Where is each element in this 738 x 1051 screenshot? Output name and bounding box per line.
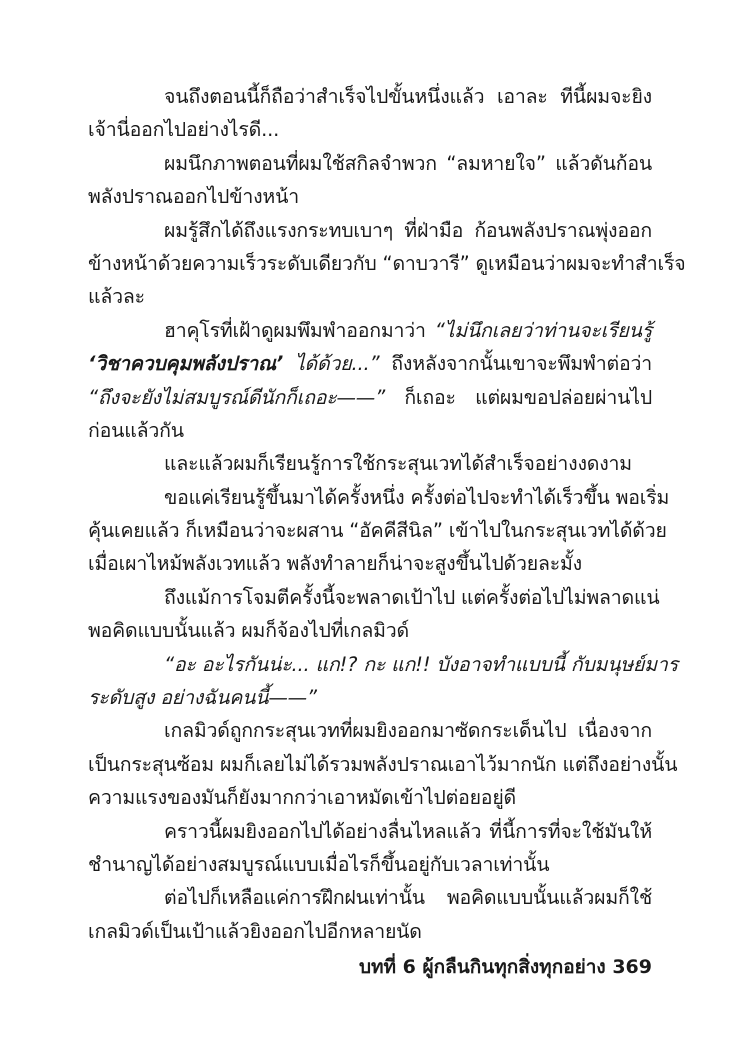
text-span: ฮาคุโรที่เฝ้าดูผมพึมพำออกมาว่า [164, 319, 435, 342]
text-span: ก่อนแล้วกัน [88, 419, 184, 442]
text-span: ถึงหลังจากนั้นเขาจะพึมพำต่อว่า [379, 352, 652, 375]
text-line: ถึงแม้การโจมตีครั้งนี้จะพลาดเป้าไป แต่คร… [88, 581, 652, 614]
text-span: ถึงแม้การโจมตีครั้งนี้จะพลาดเป้าไป แต่คร… [164, 586, 659, 609]
text-span: ก็เถอะ แต่ผมขอปล่อยผ่านไป [385, 386, 652, 409]
text-span: แล้วละ [88, 285, 145, 308]
text-span: พลังปราณออกไปข้างหน้า [88, 185, 299, 208]
dialogue-span: ระดับสูง อย่างฉันคนนี้——” [88, 686, 317, 709]
text-line: ฮาคุโรที่เฝ้าดูผมพึมพำออกมาว่า “ไม่นึกเล… [88, 314, 652, 347]
text-span: ความแรงของมันก็ยังมากกว่าเอาหมัดเข้าไปต่… [88, 786, 516, 809]
dialogue-span: “ถึงจะยังไม่สมบูรณ์ดีนักก็เถอะ——” [88, 386, 385, 409]
text-line: จนถึงตอนนี้ก็ถือว่าสำเร็จไปขั้นหนึ่งแล้ว… [88, 80, 652, 113]
text-line: “ถึงจะยังไม่สมบูรณ์ดีนักก็เถอะ——” ก็เถอะ… [88, 381, 652, 414]
text-line: ‘วิชาควบคุมพลังปราณ’ ได้ด้วย...” ถึงหลัง… [88, 347, 652, 380]
text-line: ก่อนแล้วกัน [88, 414, 652, 447]
page-number: 369 [612, 956, 652, 978]
text-line: ผมรู้สึกได้ถึงแรงกระทบเบาๆ ที่ฝ่ามือ ก้อ… [88, 214, 652, 247]
text-line: ข้างหน้าด้วยความเร็วระดับเดียวกับ “ดาบวา… [88, 247, 652, 280]
text-span: ชำนาญได้อย่างสมบูรณ์แบบเมื่อไรก็ขึ้นอยู่… [88, 853, 549, 876]
text-line: คราวนี้ผมยิงออกไปได้อย่างลื่นไหลแล้ว ที่… [88, 815, 652, 848]
text-span: ผมนึกภาพตอนที่ผมใช้สกิลจำพวก “ลมหายใจ” แ… [164, 152, 652, 175]
text-line: ความแรงของมันก็ยังมากกว่าเอาหมัดเข้าไปต่… [88, 781, 652, 814]
page-body: จนถึงตอนนี้ก็ถือว่าสำเร็จไปขั้นหนึ่งแล้ว… [88, 80, 652, 948]
text-span: จนถึงตอนนี้ก็ถือว่าสำเร็จไปขั้นหนึ่งแล้ว… [164, 85, 652, 108]
chapter-label: บทที่ 6 [359, 956, 416, 978]
text-span: ต่อไปก็เหลือแค่การฝึกฝนเท่านั้น พอคิดแบบ… [164, 886, 652, 909]
text-span: ขอแค่เรียนรู้ขึ้นมาได้ครั้งหนึ่ง ครั้งต่… [164, 486, 669, 509]
text-line: เมื่อเผาไหม้พลังเวทแล้ว พลังทำลายก็น่าจะ… [88, 547, 652, 580]
dialogue-span: “ไม่นึกเลยว่าท่านจะเรียนรู้ [435, 319, 652, 342]
text-line: เป็นกระสุนซ้อม ผมก็เลยไม่ได้รวมพลังปราณเ… [88, 748, 652, 781]
text-line: ชำนาญได้อย่างสมบูรณ์แบบเมื่อไรก็ขึ้นอยู่… [88, 848, 652, 881]
text-span: เกลมิวด์เป็นเป้าแล้วยิงออกไปอีกหลายนัด [88, 920, 422, 943]
chapter-title: ผู้กลืนกินทุกสิ่งทุกอย่าง [423, 956, 606, 978]
text-line: เกลมิวด์ถูกกระสุนเวทที่ผมยิงออกมาซัดกระเ… [88, 714, 652, 747]
text-line: พลังปราณออกไปข้างหน้า [88, 180, 652, 213]
text-line: และแล้วผมก็เรียนรู้การใช้กระสุนเวทได้สำเ… [88, 447, 652, 480]
text-span: คุ้นเคยแล้ว ก็เหมือนว่าจะผสาน “อัคคีสีนิ… [88, 519, 667, 542]
text-span: พอคิดแบบนั้นแล้ว ผมก็จ้องไปที่เกลมิวด์ [88, 619, 409, 642]
running-footer: บทที่ 6 ผู้กลืนกินทุกสิ่งทุกอย่าง 369 [350, 952, 652, 982]
text-line: “อะ อะไรกันน่ะ... แก!? กะ แก!! บังอาจทำแ… [88, 648, 652, 681]
text-line: ขอแค่เรียนรู้ขึ้นมาได้ครั้งหนึ่ง ครั้งต่… [88, 481, 652, 514]
text-span: เป็นกระสุนซ้อม ผมก็เลยไม่ได้รวมพลังปราณเ… [88, 753, 677, 776]
text-span: ผมรู้สึกได้ถึงแรงกระทบเบาๆ ที่ฝ่ามือ ก้อ… [164, 219, 652, 242]
dialogue-span: ได้ด้วย...” [283, 352, 379, 375]
text-line: ต่อไปก็เหลือแค่การฝึกฝนเท่านั้น พอคิดแบบ… [88, 881, 652, 914]
text-line: พอคิดแบบนั้นแล้ว ผมก็จ้องไปที่เกลมิวด์ [88, 614, 652, 647]
text-line: เจ้านี่ออกไปอย่างไรดี... [88, 113, 652, 146]
text-span: และแล้วผมก็เรียนรู้การใช้กระสุนเวทได้สำเ… [164, 452, 632, 475]
emphasis-span: ‘วิชาควบคุมพลังปราณ’ [88, 352, 283, 375]
text-line: แล้วละ [88, 280, 652, 313]
text-line: เกลมิวด์เป็นเป้าแล้วยิงออกไปอีกหลายนัด [88, 915, 652, 948]
text-line: ผมนึกภาพตอนที่ผมใช้สกิลจำพวก “ลมหายใจ” แ… [88, 147, 652, 180]
text-span: เจ้านี่ออกไปอย่างไรดี... [88, 118, 279, 141]
text-line: ระดับสูง อย่างฉันคนนี้——” [88, 681, 652, 714]
text-span: ข้างหน้าด้วยความเร็วระดับเดียวกับ “ดาบวา… [88, 252, 685, 275]
text-span: เกลมิวด์ถูกกระสุนเวทที่ผมยิงออกมาซัดกระเ… [164, 719, 652, 742]
text-line: คุ้นเคยแล้ว ก็เหมือนว่าจะผสาน “อัคคีสีนิ… [88, 514, 652, 547]
text-span: คราวนี้ผมยิงออกไปได้อย่างลื่นไหลแล้ว ที่… [164, 820, 652, 843]
dialogue-span: “อะ อะไรกันน่ะ... แก!? กะ แก!! บังอาจทำแ… [164, 653, 678, 676]
text-span: เมื่อเผาไหม้พลังเวทแล้ว พลังทำลายก็น่าจะ… [88, 552, 582, 575]
